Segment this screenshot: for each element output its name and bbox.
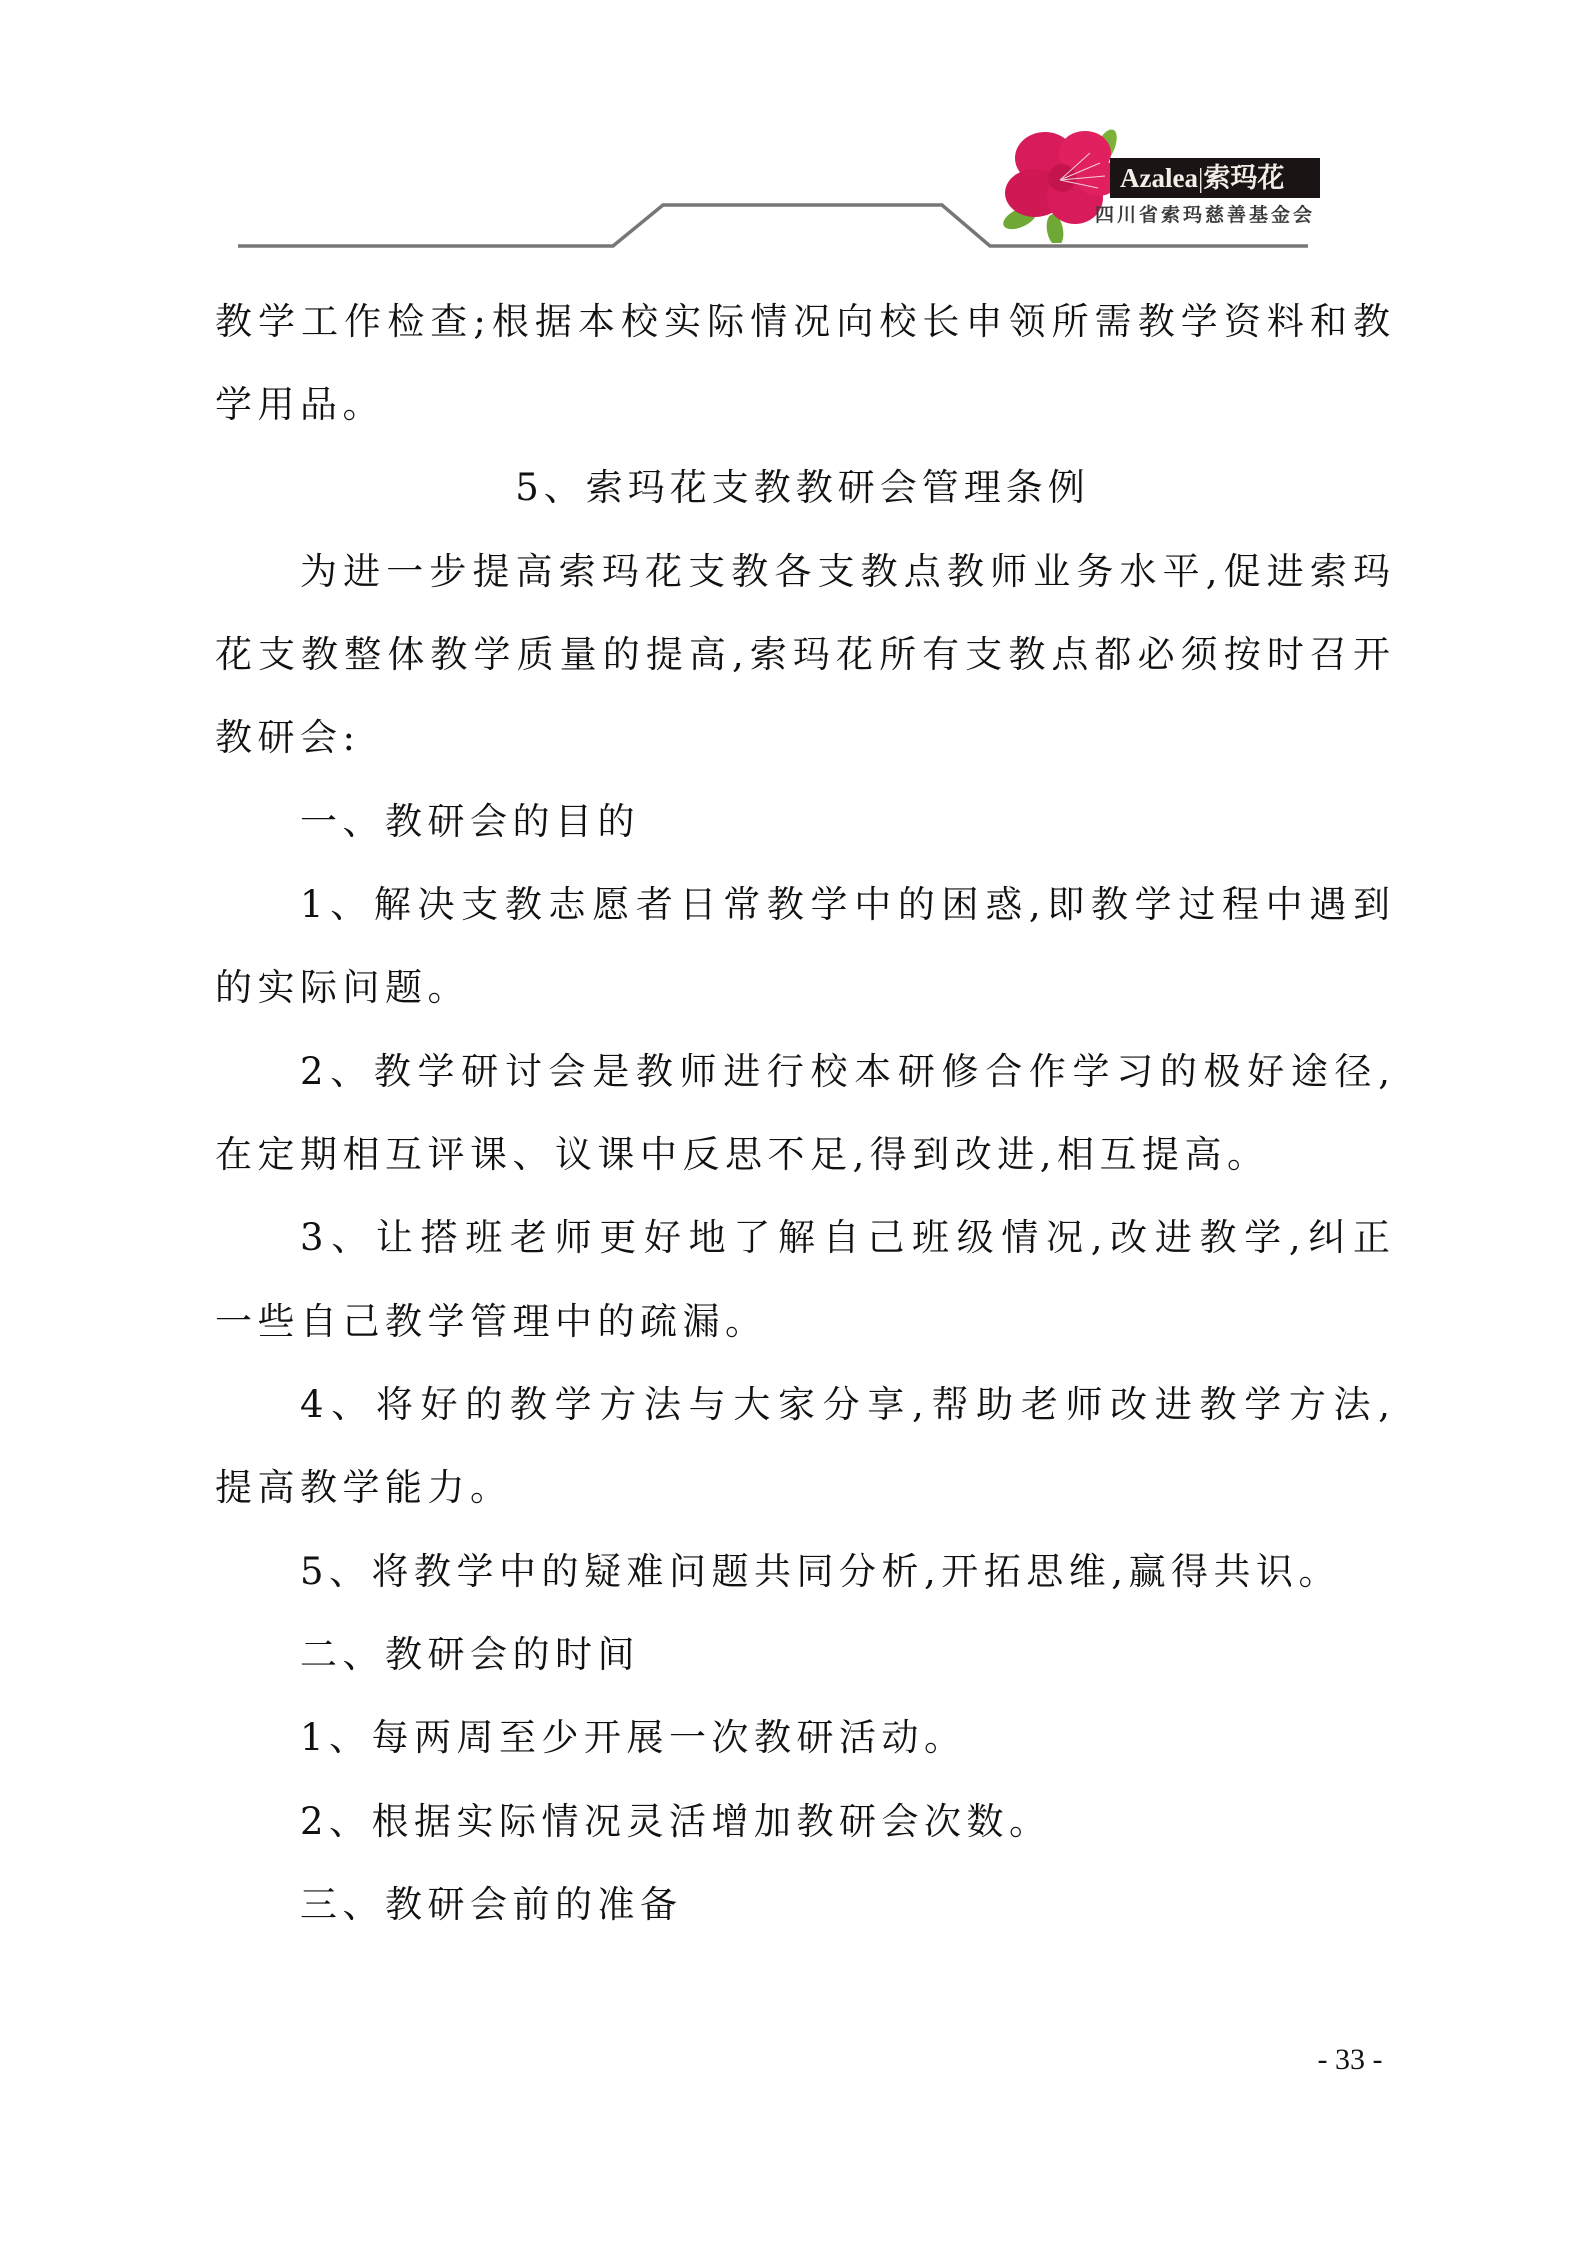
logo-brand-en: Azalea (1120, 163, 1198, 193)
section-title: 5、索玛花支教教研会管理条例 (215, 458, 1390, 518)
heading-purpose: 一、教研会的目的 (215, 792, 1390, 852)
heading-preparation: 三、教研会前的准备 (215, 1875, 1390, 1935)
list-item: 2、教学研讨会是教师进行校本研修合作学习的极好途径, (215, 1042, 1390, 1102)
foundation-logo: Azalea|索玛花 四川省索玛慈善基金会 (1000, 118, 1325, 243)
logo-subtitle: 四川省索玛慈善基金会 (1095, 204, 1315, 228)
list-item-continuation: 一些自己教学管理中的疏漏。 (215, 1292, 1390, 1352)
list-item-continuation: 在定期相互评课、议课中反思不足,得到改进,相互提高。 (215, 1125, 1390, 1185)
page-number: - 33 - (1300, 2040, 1400, 2080)
paragraph-line: 教研会: (215, 708, 1390, 768)
list-item-continuation: 的实际问题。 (215, 958, 1390, 1018)
list-item: 2、根据实际情况灵活增加教研会次数。 (215, 1792, 1390, 1852)
list-item: 3、让搭班老师更好地了解自己班级情况,改进教学,纠正 (215, 1208, 1390, 1268)
paragraph-line: 花支教整体教学质量的提高,索玛花所有支教点都必须按时召开 (215, 625, 1390, 685)
paragraph-line: 为进一步提高索玛花支教各支教点教师业务水平,促进索玛 (215, 542, 1390, 602)
paragraph-line: 学用品。 (215, 375, 1390, 435)
list-item-continuation: 提高教学能力。 (215, 1458, 1390, 1518)
heading-time: 二、教研会的时间 (215, 1625, 1390, 1685)
list-item: 5、将教学中的疑难问题共同分析,开拓思维,赢得共识。 (215, 1542, 1390, 1602)
header-rule (0, 0, 1587, 280)
list-item: 1、解决支教志愿者日常教学中的困惑,即教学过程中遇到 (215, 875, 1390, 935)
list-item: 4、将好的教学方法与大家分享,帮助老师改进教学方法, (215, 1375, 1390, 1435)
list-item: 1、每两周至少开展一次教研活动。 (215, 1708, 1390, 1768)
paragraph-line: 教学工作检查;根据本校实际情况向校长申领所需教学资料和教 (215, 292, 1390, 352)
logo-brand-cn: 索玛花 (1203, 163, 1284, 193)
logo-title: Azalea|索玛花 (1120, 160, 1284, 196)
